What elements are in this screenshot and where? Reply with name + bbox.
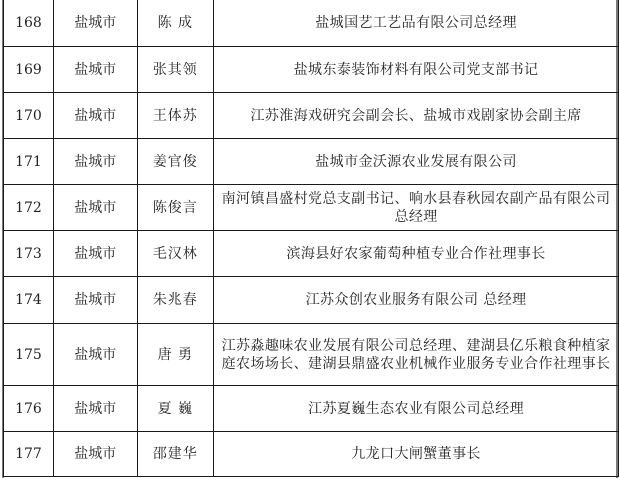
city-cell: 盐城市: [53, 386, 137, 432]
name-cell: 王体苏: [137, 93, 214, 139]
position-cell: 盐城国艺工艺品有限公司总经理: [214, 0, 619, 47]
name-cell: 夏 巍: [137, 386, 214, 432]
table-row: 170 盐城市 王体苏 江苏淮海戏研究会副会长、盐城市戏剧家协会副主席: [4, 93, 619, 139]
position-cell: 盐城东泰装饰材料有限公司党支部书记: [214, 47, 619, 93]
position-cell: 江苏淼趣味农业发展有限公司总经理、建湖县亿乐粮食种植家庭农场场长、建湖县鼎盛农业…: [214, 324, 619, 386]
city-cell: 盐城市: [53, 277, 137, 324]
row-number: 175: [4, 324, 54, 386]
name-cell: 张其领: [137, 47, 214, 93]
row-number: 172: [4, 185, 54, 231]
table-row: 176 盐城市 夏 巍 江苏夏巍生态农业有限公司总经理: [4, 386, 619, 432]
position-cell: 南河镇昌盛村党总支副书记、响水县春秋园农副产品有限公司总经理: [214, 185, 619, 231]
position-cell: 滨海县好农家葡萄种植专业合作社理事长: [214, 231, 619, 277]
name-cell: 朱兆春: [137, 277, 214, 324]
table-row: 175 盐城市 唐 勇 江苏淼趣味农业发展有限公司总经理、建湖县亿乐粮食种植家庭…: [4, 324, 619, 386]
position-cell: 江苏夏巍生态农业有限公司总经理: [214, 386, 619, 432]
position-cell: 盐城市金沃源农业发展有限公司: [214, 139, 619, 185]
honoree-table: 168 盐城市 陈 成 盐城国艺工艺品有限公司总经理 169 盐城市 张其领 盐…: [3, 0, 619, 477]
row-number: 174: [4, 277, 54, 324]
name-cell: 邵建华: [137, 432, 214, 477]
name-cell: 陈俊言: [137, 185, 214, 231]
city-cell: 盐城市: [53, 93, 137, 139]
name-cell: 毛汉林: [137, 231, 214, 277]
name-cell: 唐 勇: [137, 324, 214, 386]
table-row: 174 盐城市 朱兆春 江苏众创农业服务有限公司 总经理: [4, 277, 619, 324]
table-row: 168 盐城市 陈 成 盐城国艺工艺品有限公司总经理: [4, 0, 619, 47]
position-cell: 江苏众创农业服务有限公司 总经理: [214, 277, 619, 324]
table-row: 177 盐城市 邵建华 九龙口大闸蟹董事长: [4, 432, 619, 477]
row-number: 168: [4, 0, 54, 47]
name-cell: 姜官俊: [137, 139, 214, 185]
name-cell: 陈 成: [137, 0, 214, 47]
row-number: 176: [4, 386, 54, 432]
city-cell: 盐城市: [53, 432, 137, 477]
city-cell: 盐城市: [53, 0, 137, 47]
position-cell: 江苏淮海戏研究会副会长、盐城市戏剧家协会副主席: [214, 93, 619, 139]
city-cell: 盐城市: [53, 139, 137, 185]
row-number: 177: [4, 432, 54, 477]
position-cell: 九龙口大闸蟹董事长: [214, 432, 619, 477]
row-number: 170: [4, 93, 54, 139]
row-number: 169: [4, 47, 54, 93]
table-row: 171 盐城市 姜官俊 盐城市金沃源农业发展有限公司: [4, 139, 619, 185]
city-cell: 盐城市: [53, 324, 137, 386]
row-number: 171: [4, 139, 54, 185]
city-cell: 盐城市: [53, 185, 137, 231]
city-cell: 盐城市: [53, 231, 137, 277]
table-row: 169 盐城市 张其领 盐城东泰装饰材料有限公司党支部书记: [4, 47, 619, 93]
row-number: 173: [4, 231, 54, 277]
table-row: 172 盐城市 陈俊言 南河镇昌盛村党总支副书记、响水县春秋园农副产品有限公司总…: [4, 185, 619, 231]
city-cell: 盐城市: [53, 47, 137, 93]
table-row: 173 盐城市 毛汉林 滨海县好农家葡萄种植专业合作社理事长: [4, 231, 619, 277]
